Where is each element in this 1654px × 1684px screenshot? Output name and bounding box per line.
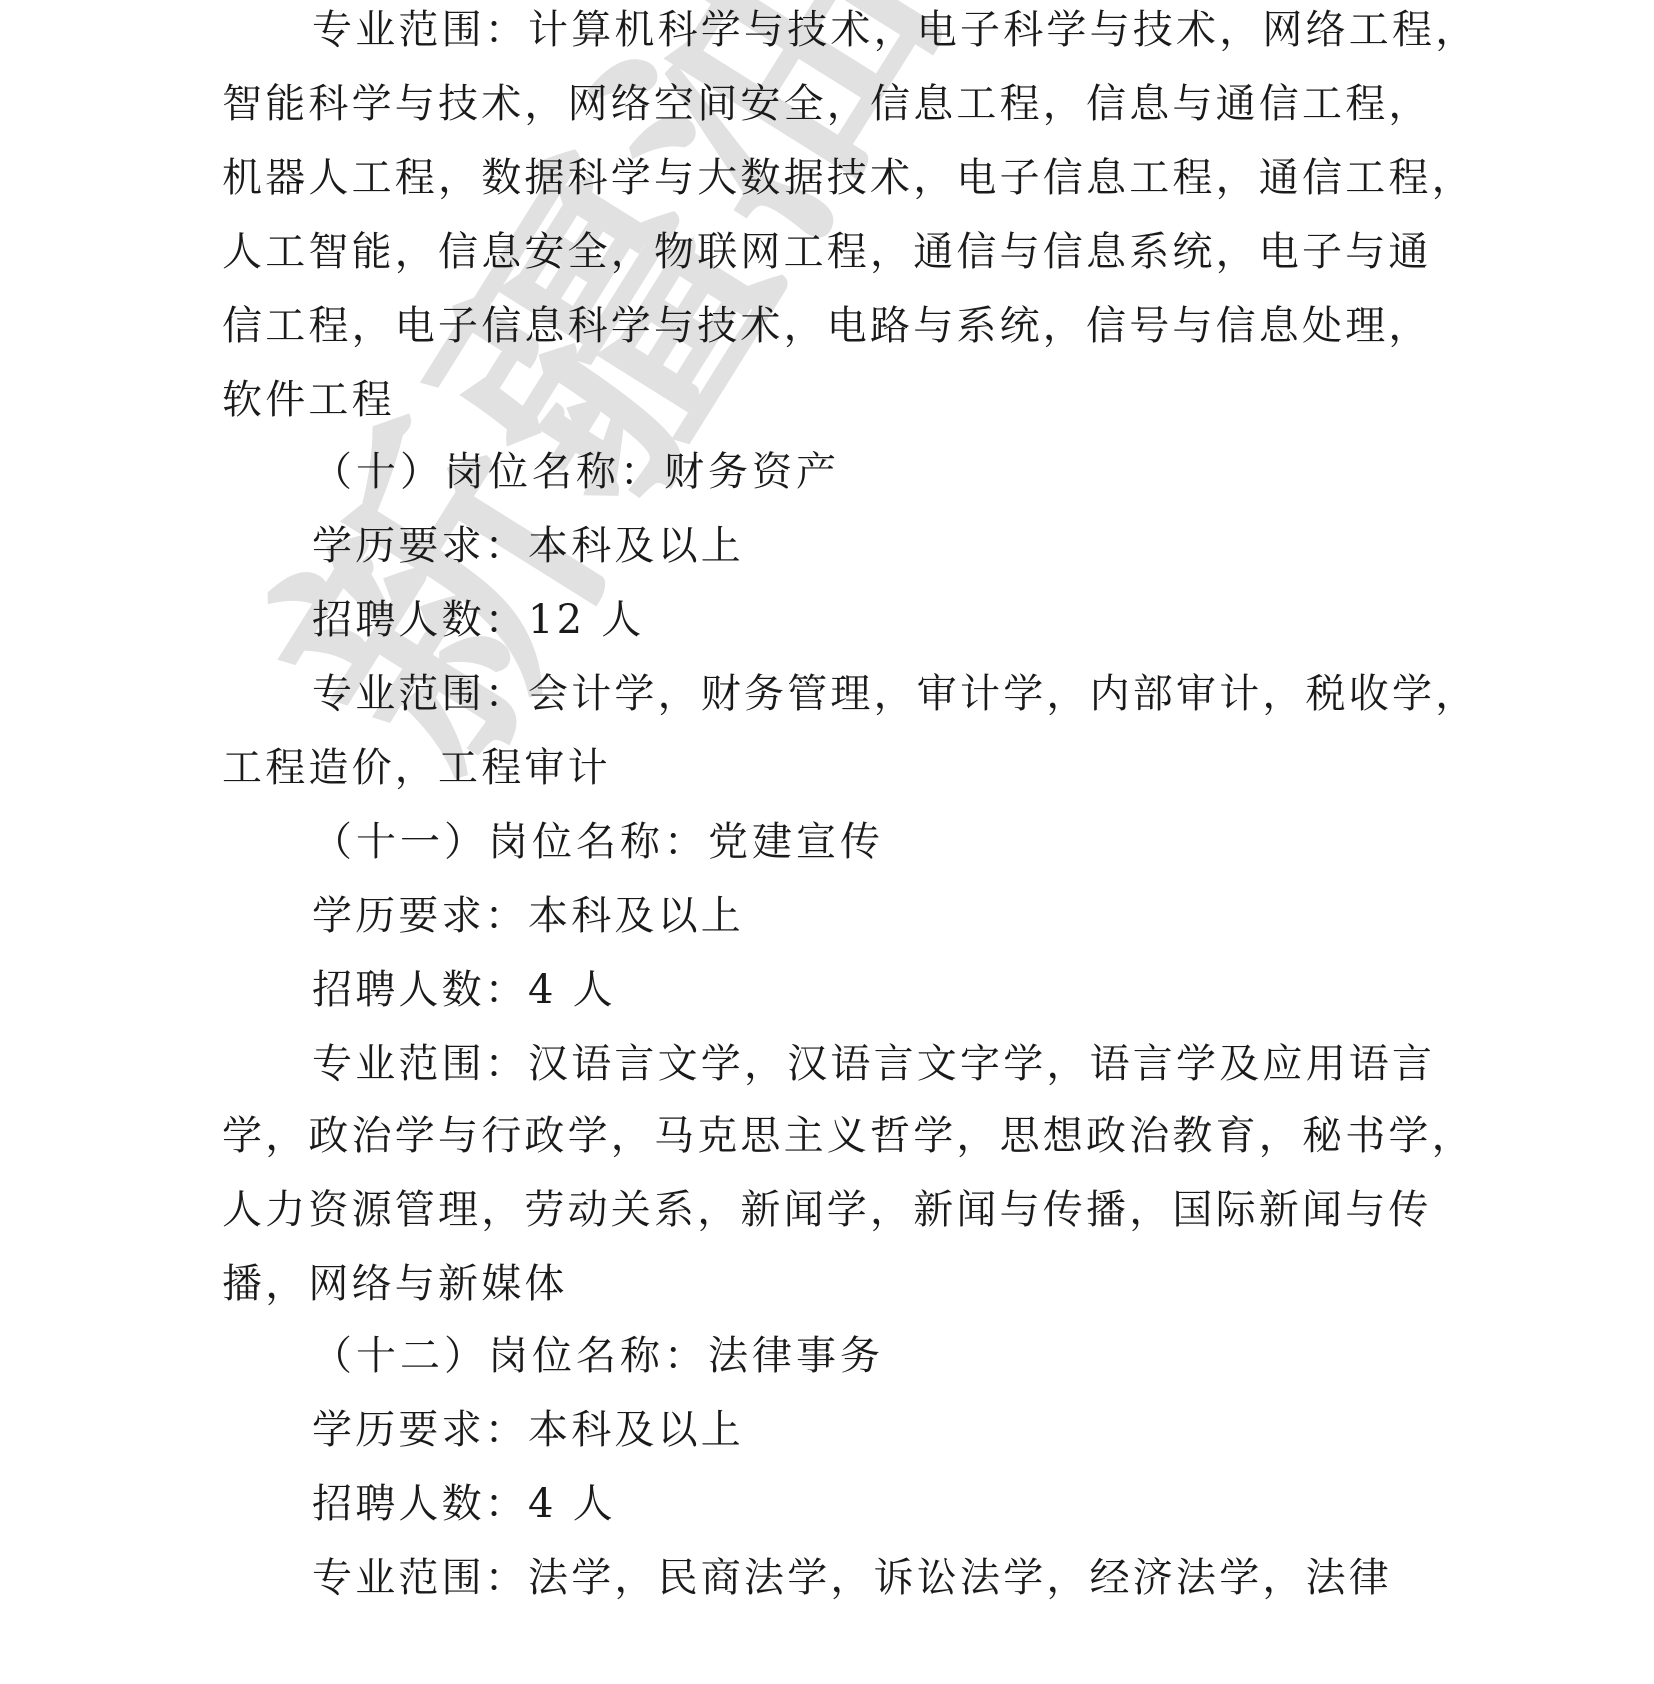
headcount: 招聘人数：4 人 bbox=[312, 966, 616, 1014]
section-heading-10: （十）岗位名称：财务资产 bbox=[312, 448, 840, 496]
education-requirement: 学历要求：本科及以上 bbox=[312, 1406, 744, 1454]
text-line: 工程造价，工程审计 bbox=[222, 744, 611, 792]
section-heading-12: （十二）岗位名称：法律事务 bbox=[312, 1332, 884, 1380]
text-line: 软件工程 bbox=[222, 376, 395, 424]
majors-range: 专业范围：汉语言文学，汉语言文字学，语言学及应用语言 bbox=[312, 1040, 1435, 1088]
education-requirement: 学历要求：本科及以上 bbox=[312, 892, 744, 940]
text-line: 智能科学与技术，网络空间安全，信息工程，信息与通信工程， bbox=[222, 80, 1432, 128]
text-line: 人工智能，信息安全，物联网工程，通信与信息系统，电子与通 bbox=[222, 228, 1432, 276]
text-line: 机器人工程，数据科学与大数据技术，电子信息工程，通信工程， bbox=[222, 154, 1475, 202]
text-line: 专业范围：计算机科学与技术，电子科学与技术，网络工程， bbox=[312, 6, 1478, 54]
text-line: 学，政治学与行政学，马克思主义哲学，思想政治教育，秘书学， bbox=[222, 1112, 1475, 1160]
headcount: 招聘人数：4 人 bbox=[312, 1480, 616, 1528]
majors-range: 专业范围：法学，民商法学，诉讼法学，经济法学，法律 bbox=[312, 1554, 1392, 1602]
majors-range: 专业范围：会计学，财务管理，审计学，内部审计，税收学， bbox=[312, 670, 1478, 718]
education-requirement: 学历要求：本科及以上 bbox=[312, 522, 744, 570]
headcount: 招聘人数：12 人 bbox=[312, 596, 644, 644]
text-line: 信工程，电子信息科学与技术，电路与系统，信号与信息处理， bbox=[222, 302, 1432, 350]
text-line: 播，网络与新媒体 bbox=[222, 1260, 568, 1308]
section-heading-11: （十一）岗位名称：党建宣传 bbox=[312, 818, 884, 866]
document-page: 新疆油田公司 专业范围：计算机科学与技术，电子科学与技术，网络工程， 智能科学与… bbox=[0, 0, 1654, 1684]
text-line: 人力资源管理，劳动关系，新闻学，新闻与传播，国际新闻与传 bbox=[222, 1186, 1432, 1234]
